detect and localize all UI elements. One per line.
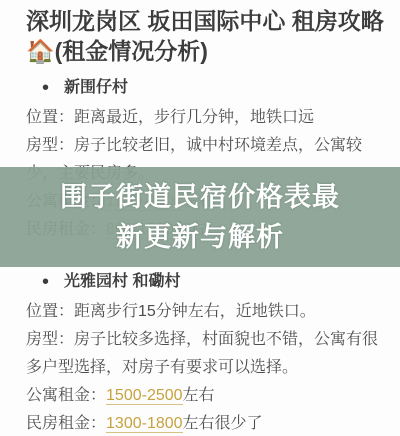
village-name: 光雅园村 和磡村 [64,268,180,296]
village-section-guangyayuan: 光雅园村 和磡村 位置：距离步行15分钟左右，近地铁口。 房型：房子比较多选择，… [26,268,386,436]
apartment-rent-link[interactable]: 1500-2500 [106,387,183,405]
bullet-icon [42,268,64,296]
private-rent-suffix: 左右很少了 [183,415,263,432]
private-rent-row: 民房租金：1300-1800左右很少了 [26,410,386,436]
page-title: 深圳龙岗区 坂田国际中心 租房攻略🏠(租金情况分析) [26,6,386,66]
watermark-title: 围子街道民宿价格表最新更新与解析 [47,177,353,257]
village-name: 新围仔村 [64,74,128,102]
village-header: 光雅园村 和磡村 [26,268,386,296]
village-location: 位置：距离最近，步行几分钟，地铁口远 [26,104,386,132]
apartment-rent-label: 公寓租金： [26,387,106,404]
village-header: 新围仔村 [26,74,386,102]
private-rent-label: 民房租金： [26,415,106,432]
village-location: 位置：距离步行15分钟左右，近地铁口。 [26,298,386,326]
private-rent-link[interactable]: 1300-1800 [106,415,183,433]
village-rooms: 房型：房子比较多选择，村面貌也不错，公寓有很多户型选择，对房子有要求可以选择。 [26,326,386,382]
apartment-rent-suffix: 左右 [183,387,215,404]
bullet-icon [42,74,64,102]
apartment-rent-row: 公寓租金：1500-2500左右 [26,382,386,410]
watermark-banner: 围子街道民宿价格表最新更新与解析 [0,167,400,267]
